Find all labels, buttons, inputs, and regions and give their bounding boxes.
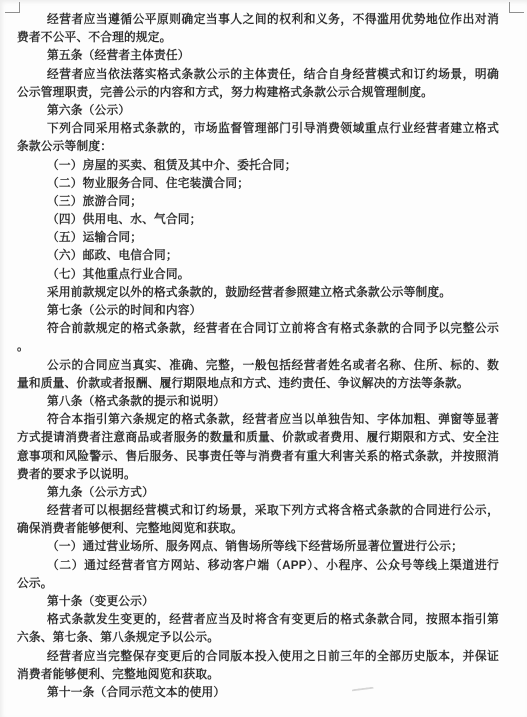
document-line: 第九条（公示方式） (17, 484, 499, 502)
document-line: 第五条（经营者主体责任） (17, 47, 499, 65)
document-line: 。 (17, 338, 499, 356)
document-line: 方式提请消费者注意商品或者服务的数量和质量、价款或者费用、履行期限和方式、安全注 (17, 429, 499, 447)
document-line: 第七条（公示的时间和内容） (17, 302, 499, 320)
document-line: 公示管理职责，完善公示的内容和方式，努力构建格式条款公示合规管理制度。 (17, 84, 499, 102)
document-line: 采用前款规定以外的格式条款的，鼓励经营者参照建立格式条款公示等制度。 (17, 284, 499, 302)
document-line: 费者的要求予以说明。 (17, 466, 499, 484)
document-line: 条款公示等制度： (17, 138, 499, 156)
document-text-block: 经营者应当遵循公平原则确定当事人之间的权利和义务，不得滥用优势地位作出对消费者不… (17, 11, 499, 702)
document-line: 量和质量、价款或者报酬、履行期限地点和方式、违约责任、争议解决的方法等条款。 (17, 375, 499, 393)
document-line: （一）通过营业场所、服务网点、销售场所等线下经营场所显著位置进行公示； (17, 538, 499, 556)
document-line: 费者不公平、不合理的规定。 (17, 29, 499, 47)
document-line: （六）邮政、电信合同； (17, 247, 499, 265)
document-line: （七）其他重点行业合同。 (17, 266, 499, 284)
document-line: （五）运输合同； (17, 229, 499, 247)
document-line: 公示的合同应当真实、准确、完整，一般包括经营者姓名或者名称、住所、标的、数 (17, 357, 499, 375)
document-line: 经营者应当完整保存变更后的合同版本投入使用之日前三年的全部历史版本，并保证 (17, 648, 499, 666)
document-line: （一）房屋的买卖、租赁及其中介、委托合同； (17, 157, 499, 175)
document-page: 经营者应当遵循公平原则确定当事人之间的权利和义务，不得滥用优势地位作出对消费者不… (0, 0, 527, 717)
document-line: 六条、第七条、第八条规定予以公示。 (17, 629, 499, 647)
document-line: 符合前款规定的格式条款，经营者在合同订立前将含有格式条款的合同予以完整公示 (17, 320, 499, 338)
document-line: （三）旅游合同； (17, 193, 499, 211)
document-line: 第十条（变更公示） (17, 593, 499, 611)
document-line: 经营者应当依法落实格式条款公示的主体责任，结合自身经营模式和订约场景，明确 (17, 66, 499, 84)
document-line: 经营者可以根据经营模式和订约场景，采取下列方式将含格式条款的合同进行公示， (17, 502, 499, 520)
document-line: 意事项和风险警示、售后服务、民事责任等与消费者有重大利害关系的格式条款，并按照消 (17, 448, 499, 466)
document-line: （四）供用电、水、气合同； (17, 211, 499, 229)
text-boundary-corner-icon (509, 2, 524, 13)
document-line: 下列合同采用格式条款的，市场监督管理部门引导消费领域重点行业经营者建立格式 (17, 120, 499, 138)
document-line: 公示。 (17, 575, 499, 593)
document-line: 格式条款发生变更的，经营者应当及时将含有变更后的格式条款合同，按照本指引第 (17, 611, 499, 629)
document-line: （二）物业服务合同、住宅装潢合同； (17, 175, 499, 193)
document-line: 第八条（格式条款的提示和说明） (17, 393, 499, 411)
document-line: （二）通过经营者官方网站、移动客户端（APP）、小程序、公众号等线上渠道进行 (17, 557, 499, 575)
document-line: 消费者能够便利、完整地阅览和获取。 (17, 666, 499, 684)
document-line: 第六条（公示） (17, 102, 499, 120)
document-line: 符合本指引第六条规定的格式条款，经营者应当以单独告知、字体加粗、弹窗等显著 (17, 411, 499, 429)
document-line: 确保消费者能够便利、完整地阅览和获取。 (17, 520, 499, 538)
document-line: 第十一条（合同示范文本的使用） (17, 684, 499, 702)
document-line: 经营者应当遵循公平原则确定当事人之间的权利和义务，不得滥用优势地位作出对消 (17, 11, 499, 29)
